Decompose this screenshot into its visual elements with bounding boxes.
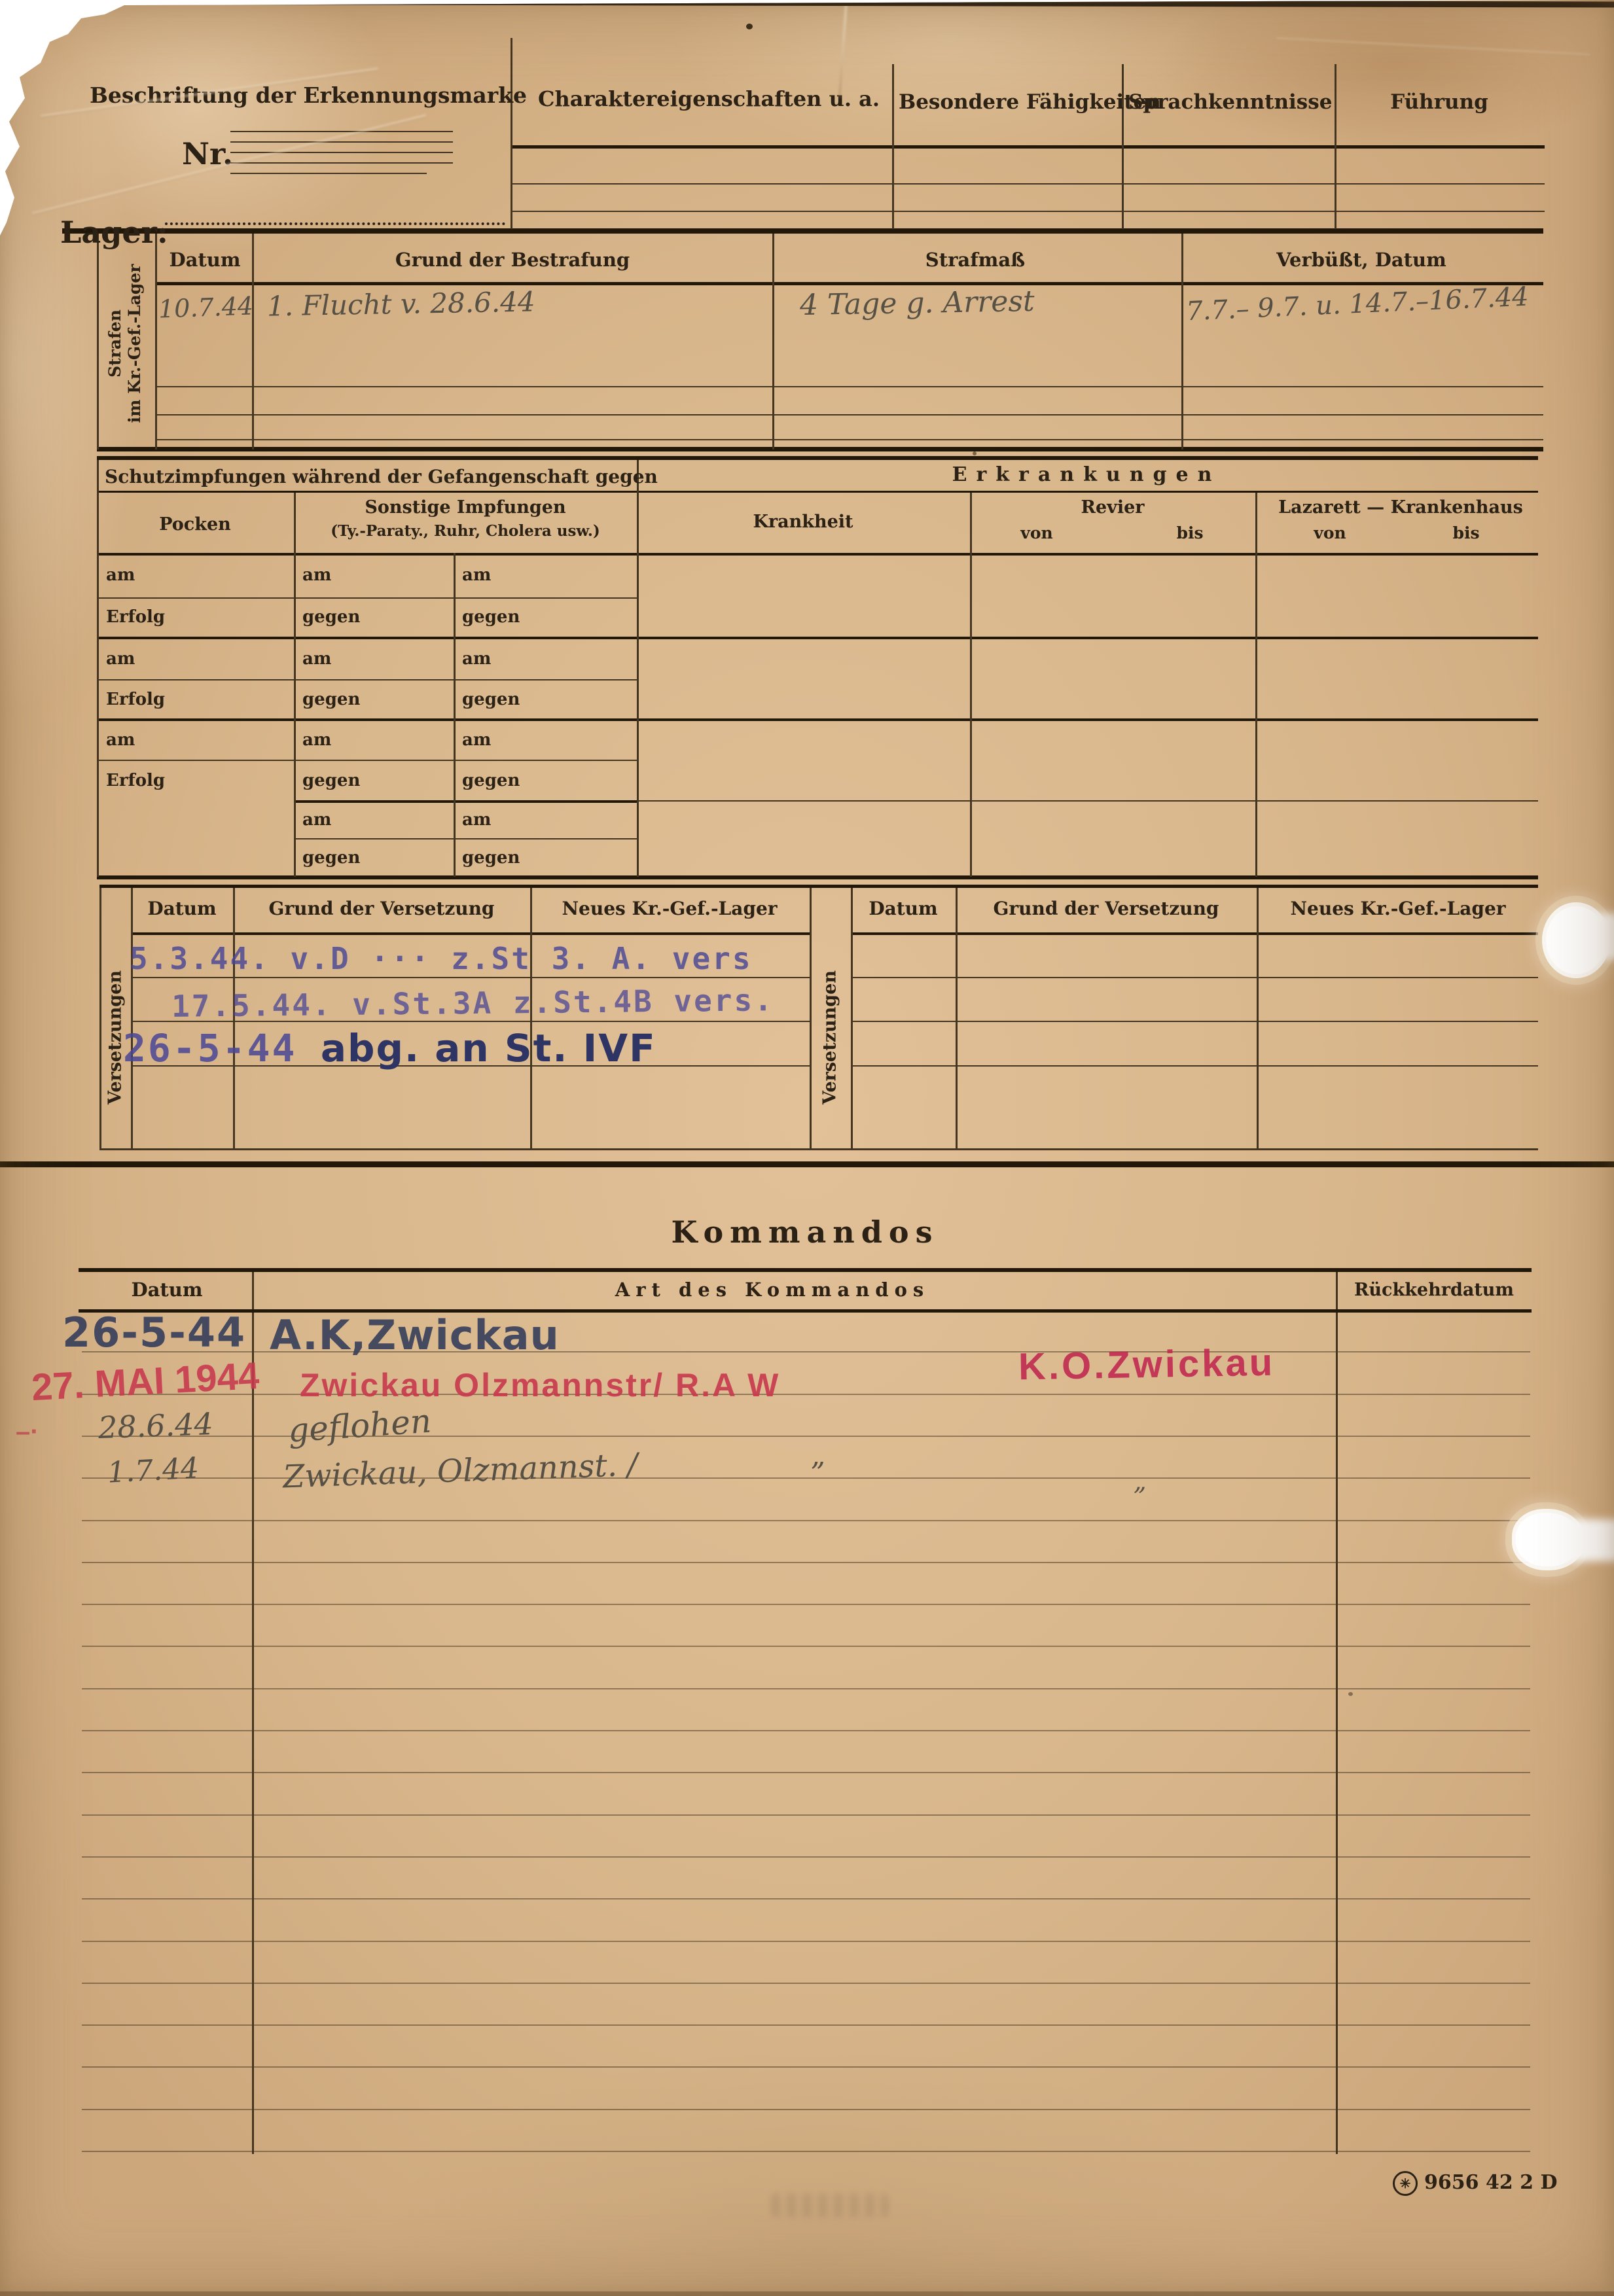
versetzung-stamp-2: 17.5.44. v.St.3A z.St.4B vers. <box>171 982 774 1024</box>
rule-line <box>512 211 1545 212</box>
rule-line <box>99 885 1538 888</box>
sonstige-a-am-4: am <box>302 810 331 830</box>
sonstige-b-am-1: am <box>462 565 491 585</box>
rule-line <box>1335 64 1336 229</box>
rule-line <box>851 1021 1538 1022</box>
paper-sheet: Beschriftung der Erkennungsmarke Nr. Lag… <box>0 0 1614 2296</box>
lazarett-von-label: von <box>1304 523 1356 542</box>
kommando-entry-1-text: A.K,Zwickau <box>270 1311 560 1359</box>
rule-line <box>131 888 133 1150</box>
sonstige-a-gegen-4: gegen <box>302 848 360 868</box>
rule-line <box>97 597 637 599</box>
sonstige-a-gegen-3: gegen <box>302 771 360 790</box>
rule-line <box>454 553 456 877</box>
kommando-entry-3-date: 28.6.44 <box>98 1406 213 1445</box>
rule-line <box>230 152 453 153</box>
strafen-header-datum: Datum <box>158 249 252 271</box>
rule-line <box>230 173 427 174</box>
form-code: ✳9656 42 2 D <box>1393 2171 1557 2196</box>
rule-line <box>97 234 99 450</box>
rule-line <box>1255 493 1257 877</box>
rule-line <box>294 800 637 803</box>
rule-line <box>230 162 453 164</box>
rule-line <box>82 1688 1530 1689</box>
form-code-text: 9656 42 2 D <box>1424 2171 1557 2194</box>
rule-line <box>82 2024 1530 2026</box>
punch-hole-right-tail <box>1589 913 1614 959</box>
rule-line <box>82 1814 1530 1816</box>
kommando-entry-2-text-stamp: Zwickau Olzmannstr/ R.A W <box>300 1366 780 1404</box>
rule-line <box>155 234 157 450</box>
crease-line-2 <box>32 115 427 215</box>
impfungen-title: Schutzimpfungen während der Gefangenscha… <box>105 466 628 487</box>
versetzungen-left-header-grund: Grund der Versetzung <box>240 898 524 919</box>
sonstige-b-gegen-1: gegen <box>462 607 520 627</box>
versetzungen-left-header-neues: Neues Kr.-Gef.-Lager <box>534 898 805 919</box>
pocken-label: Pocken <box>113 514 277 535</box>
kommandos-title: Kommandos <box>609 1214 1001 1250</box>
versetzungen-side-label-right: Versetzungen <box>820 940 840 1136</box>
rule-line <box>97 637 1538 639</box>
rule-line <box>82 1730 1530 1731</box>
rule-line <box>97 875 1538 879</box>
crease-line-4 <box>1276 37 1590 56</box>
versetzung-stamp-3: 26-5-44 abg. an St. IVF <box>123 1026 656 1070</box>
revier-label: Revier <box>982 497 1244 518</box>
rule-line <box>82 1898 1530 1899</box>
rule-line <box>637 800 1538 802</box>
rule-line <box>970 493 972 877</box>
kommandos-header-datum: Datum <box>92 1279 242 1301</box>
sonstige-impfungen-label: Sonstige Impfungen <box>302 497 629 518</box>
rule-line <box>956 888 958 1150</box>
strafen-entry-datum: 10.7.44 <box>158 291 253 323</box>
versetzungen-left-header-datum: Datum <box>135 898 229 919</box>
rule-line <box>155 386 1543 387</box>
scan-top-edge <box>58 0 1614 7</box>
lager-dotted-line <box>165 222 505 225</box>
sonstige-b-gegen-4: gegen <box>462 848 520 868</box>
rule-line <box>82 2066 1530 2068</box>
sonstige-a-am-1: am <box>302 565 331 585</box>
rule-line <box>637 460 639 877</box>
krankheit-label: Krankheit <box>672 512 934 532</box>
rule-line <box>97 447 1543 451</box>
printer-mark-icon: ✳ <box>1393 2171 1418 2196</box>
rule-line <box>1257 888 1259 1150</box>
kommando-entry-1-date: 26-5-44 <box>62 1309 246 1356</box>
rule-line <box>97 760 637 761</box>
erkrankungen-title: Erkrankungen <box>759 463 1414 486</box>
kommando-entry-4-tick: „ <box>1134 1467 1147 1496</box>
column-header-sprachkenntnisse: Sprachkenntnisse <box>1128 90 1328 114</box>
versetzungen-side-label-left: Versetzungen <box>105 940 126 1136</box>
kommando-entry-2-date-stamp: 27. MAI 1944 <box>30 1354 260 1409</box>
versetzung-stamp-3-date: 26-5-44 <box>123 1026 296 1070</box>
lager-label: Lager: <box>60 215 168 250</box>
versetzungen-right-header-grund: Grund der Versetzung <box>959 898 1253 919</box>
rule-line <box>82 1983 1530 1984</box>
rule-line <box>230 131 453 132</box>
rule-line <box>82 2151 1530 2152</box>
rule-line <box>82 1604 1530 1605</box>
strafen-side-label: Strafen im Kr.-Gef.-Lager <box>105 249 145 438</box>
sonstige-a-gegen-1: gegen <box>302 607 360 627</box>
kommando-entry-4-quote: ” <box>810 1457 825 1490</box>
lazarett-label: Lazarett — Krankenhaus <box>1237 497 1564 518</box>
rule-line <box>97 553 1538 556</box>
strafen-entry-strafmass: 4 Tage g. Arrest <box>800 285 1035 322</box>
rule-line <box>82 1856 1530 1858</box>
scan-bottom-edge <box>0 2291 1614 2296</box>
rule-line <box>82 1394 1530 1395</box>
paper-speck-2 <box>973 451 977 455</box>
rule-line <box>512 145 1545 149</box>
versetzungen-right-header-neues: Neues Kr.-Gef.-Lager <box>1261 898 1535 919</box>
kommando-entry-4-text: Zwickau, Olzmannst. / <box>282 1447 638 1496</box>
rule-line <box>851 977 1538 978</box>
sonstige-b-am-2: am <box>462 649 491 669</box>
beschriftung-label: Beschriftung der Erkennungsmarke <box>90 82 482 108</box>
rule-line <box>772 234 774 450</box>
pow-record-card: { "top": { "beschriftung_label": "Beschr… <box>0 0 1614 2296</box>
sonstige-b-am-3: am <box>462 730 491 750</box>
versetzung-stamp-3-text: abg. an St. IVF <box>321 1026 656 1070</box>
rule-line <box>892 64 894 229</box>
rule-line <box>82 1562 1530 1563</box>
rule-line <box>252 234 254 450</box>
rule-line <box>511 38 512 229</box>
sonstige-b-am-4: am <box>462 810 491 830</box>
column-header-fuehrung: Führung <box>1341 90 1537 114</box>
pocken-erfolg-2: Erfolg <box>106 690 165 709</box>
rule-line <box>1181 234 1183 450</box>
versetzungen-right-header-datum: Datum <box>855 898 952 919</box>
rule-line <box>97 491 1538 493</box>
lazarett-bis-label: bis <box>1440 523 1492 542</box>
kommando-entry-4-date: 1.7.44 <box>107 1451 200 1489</box>
rule-line <box>97 460 99 877</box>
sonstige-b-gegen-2: gegen <box>462 690 520 709</box>
rule-line <box>82 1646 1530 1647</box>
rule-line <box>155 282 1543 285</box>
rule-line <box>62 228 1543 234</box>
rule-line <box>99 1148 1538 1150</box>
strafen-entry-grund: 1. Flucht v. 28.6.44 <box>267 285 535 322</box>
rule-line <box>851 1065 1538 1067</box>
strafen-header-strafmass: Strafmaß <box>779 249 1172 271</box>
ko-zwickau-stamp: K.O.Zwickau <box>1018 1341 1275 1389</box>
rule-line <box>97 718 1538 721</box>
kommando-entry-3-prefix: –· <box>16 1417 39 1447</box>
strafen-header-grund: Grund der Bestrafung <box>316 249 709 271</box>
rule-line <box>99 888 101 1150</box>
rule-line <box>1122 64 1124 229</box>
pocken-am-3: am <box>106 730 135 750</box>
bleed-through-smudge <box>771 2193 889 2217</box>
sonstige-a-gegen-2: gegen <box>302 690 360 709</box>
sonstige-a-am-3: am <box>302 730 331 750</box>
strafen-side-label-line2: im Kr.-Gef.-Lager <box>125 249 145 438</box>
kommandos-header-rueckkehr: Rückkehrdatum <box>1339 1280 1529 1300</box>
rule-line <box>82 1941 1530 1942</box>
rule-line <box>512 183 1545 185</box>
crease-line-3 <box>838 0 848 98</box>
rule-line <box>155 439 1543 440</box>
rule-line <box>155 414 1543 415</box>
column-header-faehigkeiten: Besondere Fähigkeiten <box>899 90 1115 114</box>
strafen-entry-verbuesst: 7.7.– 9.7. u. 14.7.–16.7.44 <box>1185 282 1529 327</box>
pocken-erfolg-3: Erfolg <box>106 771 165 790</box>
rule-line <box>851 888 853 1150</box>
rule-line <box>1336 1268 1338 2154</box>
paper-speck-3 <box>1348 1692 1353 1696</box>
rule-line <box>97 679 637 680</box>
rule-line <box>0 1161 1614 1167</box>
strafen-side-label-line1: Strafen <box>105 249 125 438</box>
rule-line <box>79 1268 1532 1272</box>
kommando-entry-3-text: geflohen <box>287 1402 433 1449</box>
revier-von-label: von <box>1011 523 1063 542</box>
sonstige-a-am-2: am <box>302 649 331 669</box>
rule-line <box>230 141 453 143</box>
rule-line <box>82 1772 1530 1773</box>
versetzung-stamp-1: 5.3.44. v.D ··· z.St 3. A. vers <box>130 941 753 976</box>
rule-line <box>82 2109 1530 2110</box>
pocken-erfolg-1: Erfolg <box>106 607 165 627</box>
kommandos-header-art: Art des Kommandos <box>576 1279 969 1301</box>
revier-bis-label: bis <box>1164 523 1216 542</box>
rule-line <box>851 932 1538 935</box>
sonstige-impfungen-sub: (Ty.-Paraty., Ruhr, Cholera usw.) <box>302 522 629 540</box>
rule-line <box>294 838 637 839</box>
column-header-charakter: Charaktereigenschaften u. a. <box>538 86 865 111</box>
sonstige-b-gegen-3: gegen <box>462 771 520 790</box>
rule-line <box>252 1268 254 2154</box>
rule-line <box>810 888 812 1150</box>
paper-speck-1 <box>746 24 753 29</box>
rule-line <box>294 493 296 877</box>
punch-hole-lower-tail <box>1569 1519 1614 1561</box>
rule-line <box>82 1520 1530 1521</box>
pocken-am-2: am <box>106 649 135 669</box>
strafen-header-verbuesst: Verbüßt, Datum <box>1198 249 1525 271</box>
rule-line <box>97 456 1538 460</box>
pocken-am-1: am <box>106 565 135 585</box>
